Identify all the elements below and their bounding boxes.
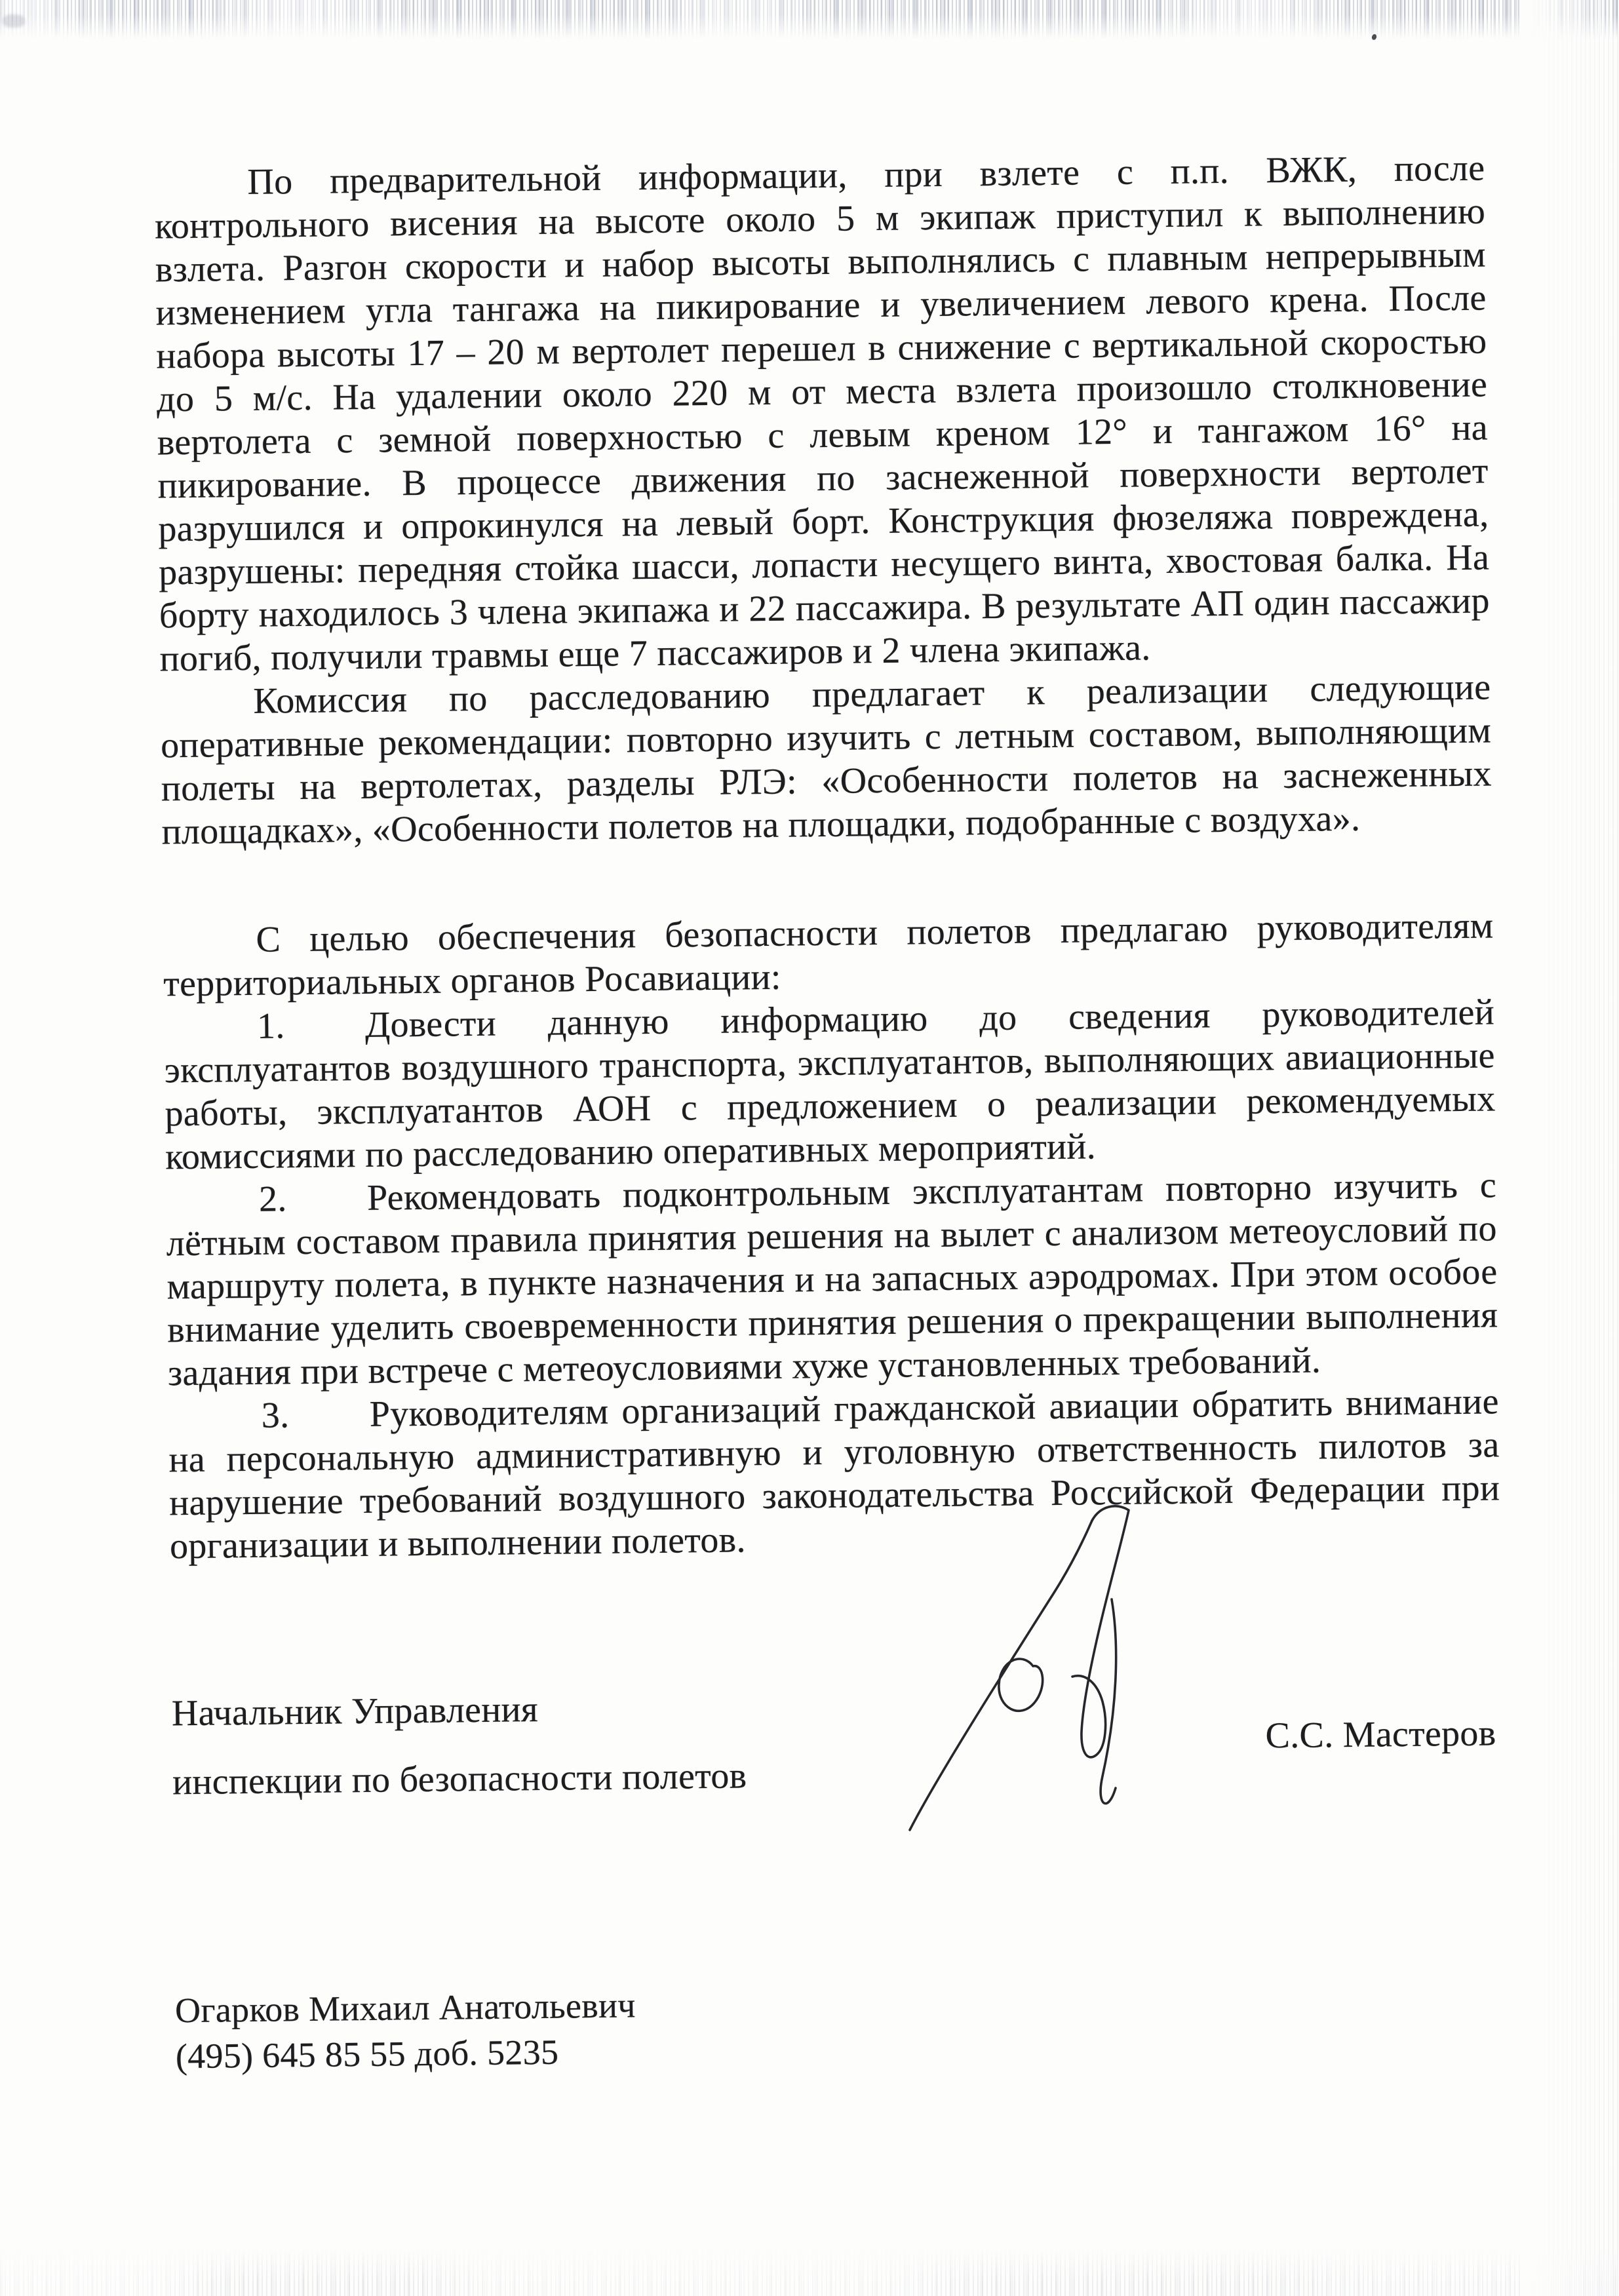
signature-block: Начальник Управления инспекции по безопа… — [171, 1664, 1503, 1817]
signer-position-line1: Начальник Управления — [171, 1673, 746, 1748]
document-body: По предварительной информации, при взлет… — [154, 146, 1506, 2079]
list-item-2: 2.Рекомендовать подконтрольным эксплуата… — [166, 1163, 1499, 1395]
footer-contact: Огарков Михаил Анатольевич (495) 645 85 … — [175, 1972, 1506, 2079]
list-item-1-number: 1. — [257, 1003, 366, 1048]
paragraph-accident-description: По предварительной информации, при взлет… — [154, 146, 1491, 680]
paragraph-proposal-intro: С целью обеспечения безопасности полетов… — [163, 904, 1494, 1005]
scan-artifact-bottom-band — [0, 2247, 1619, 2296]
list-item-2-number: 2. — [259, 1177, 368, 1221]
list-item-1: 1.Довести данную информацию до сведения … — [164, 990, 1496, 1178]
paragraph-commission-recommendations: Комиссия по расследованию предлагает к р… — [160, 665, 1492, 853]
scan-smudge — [3, 14, 25, 28]
signature-scribble — [891, 1501, 1200, 1839]
signer-position-line2: инспекции по безопасности полетов — [172, 1741, 747, 1817]
scanned-document-page: По предварительной информации, при взлет… — [0, 0, 1619, 2296]
list-item-3-number: 3. — [261, 1393, 370, 1437]
scan-artifact-right-band — [1521, 0, 1619, 2296]
signer-name: С.С. Мастеров — [1265, 1711, 1503, 1757]
list-item-3: 3.Руководителям организаций гражданской … — [168, 1380, 1500, 1568]
signer-position: Начальник Управления инспекции по безопа… — [171, 1673, 747, 1817]
